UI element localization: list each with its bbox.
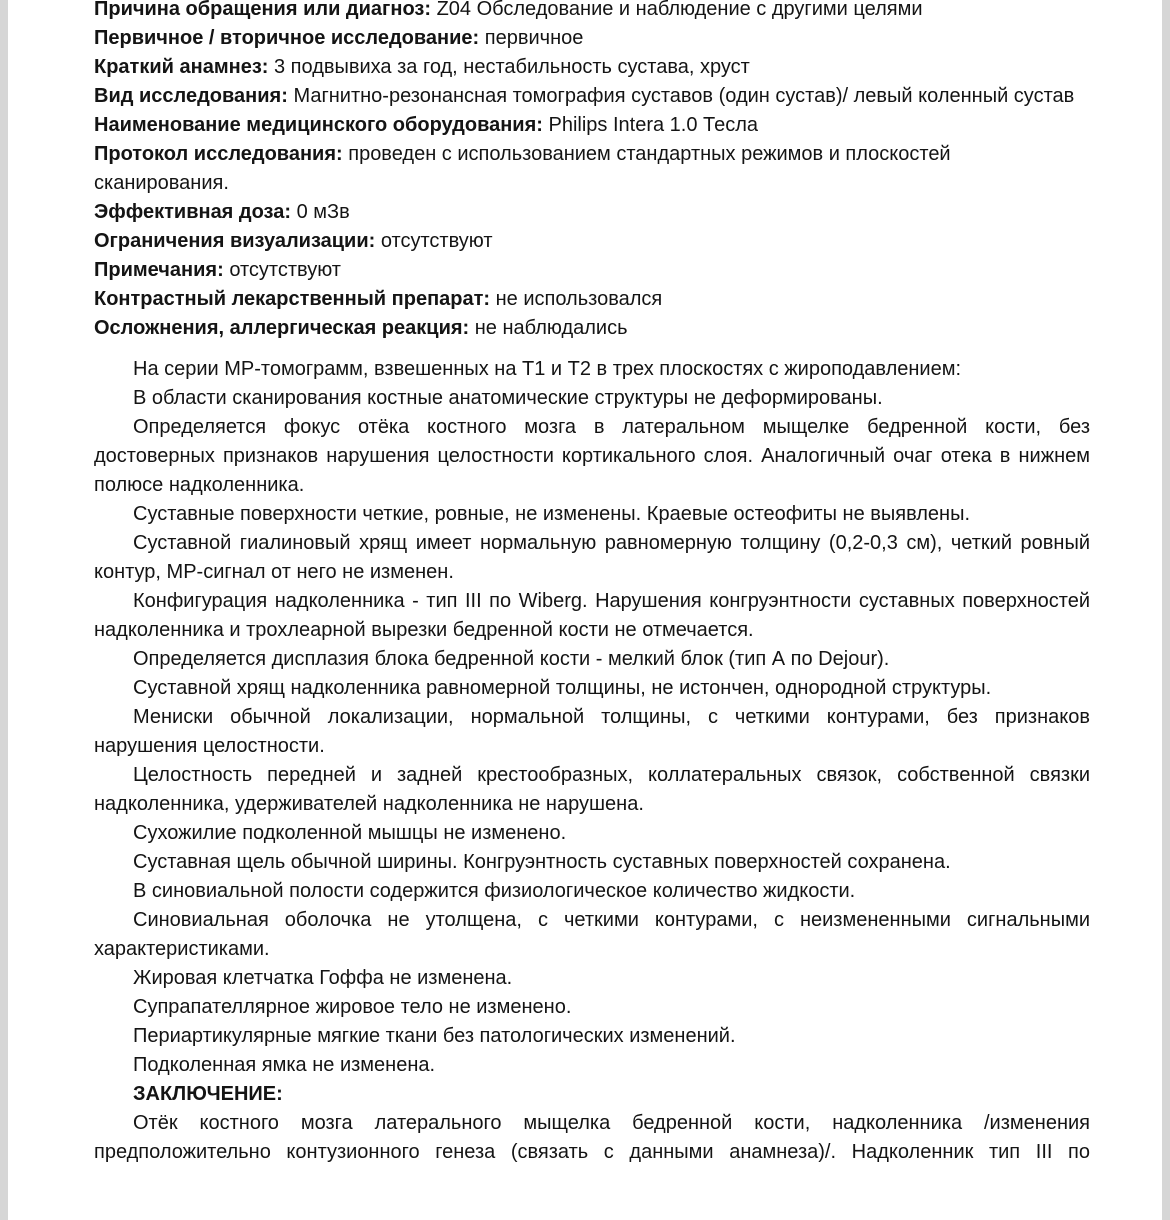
field-value: не наблюдались — [475, 317, 628, 339]
finding-paragraph: Суставная щель обычной ширины. Конгруэнт… — [94, 848, 1090, 877]
field-value: не использовался — [496, 288, 663, 310]
document-page: Причина обращения или диагноз: Z04 Обсле… — [94, 0, 1090, 1167]
finding-paragraph: Подколенная ямка не изменена. — [94, 1051, 1090, 1080]
finding-paragraph: В области сканирования костные анатомиче… — [94, 384, 1090, 413]
field-label: Примечания: — [94, 259, 224, 281]
field-label: Наименование медицинского оборудования: — [94, 114, 543, 136]
finding-paragraph: Определяется дисплазия блока бедренной к… — [94, 645, 1090, 674]
field-label: Вид исследования: — [94, 85, 288, 107]
field-equipment: Наименование медицинского оборудования: … — [94, 111, 1090, 140]
conclusion-heading: ЗАКЛЮЧЕНИЕ: — [94, 1080, 1090, 1109]
field-label: Первичное / вторичное исследование: — [94, 27, 479, 49]
field-label: Контрастный лекарственный препарат: — [94, 288, 490, 310]
field-value: первичное — [485, 27, 584, 49]
finding-paragraph: Суставной гиалиновый хрящ имеет нормальн… — [94, 529, 1090, 587]
field-value: отсутствуют — [229, 259, 341, 281]
field-value: 0 мЗв — [297, 201, 350, 223]
field-value: отсутствуют — [381, 230, 493, 252]
finding-paragraph: В синовиальной полости содержится физиол… — [94, 877, 1090, 906]
finding-paragraph: Сухожилие подколенной мышцы не изменено. — [94, 819, 1090, 848]
field-label: Эффективная доза: — [94, 201, 291, 223]
field-label: Ограничения визуализации: — [94, 230, 375, 252]
field-label: Причина обращения или диагноз: — [94, 0, 431, 20]
field-value: 3 подвывиха за год, нестабильность суста… — [274, 56, 750, 78]
field-contrast: Контрастный лекарственный препарат: не и… — [94, 285, 1090, 314]
field-study-type: Вид исследования: Магнитно-резонансная т… — [94, 82, 1090, 111]
field-label: Протокол исследования: — [94, 143, 343, 165]
finding-paragraph: Синовиальная оболочка не утолщена, с чет… — [94, 906, 1090, 964]
field-limitations: Ограничения визуализации: отсутствуют — [94, 227, 1090, 256]
field-label: Краткий анамнез: — [94, 56, 268, 78]
field-complications: Осложнения, аллергическая реакция: не на… — [94, 314, 1090, 343]
finding-paragraph: Жировая клетчатка Гоффа не изменена. — [94, 964, 1090, 993]
finding-paragraph: Суставные поверхности четкие, ровные, не… — [94, 500, 1090, 529]
conclusion-text: Отёк костного мозга латерального мыщелка… — [94, 1109, 1090, 1167]
finding-paragraph: Мениски обычной локализации, нормальной … — [94, 703, 1090, 761]
finding-paragraph: Целостность передней и задней крестообра… — [94, 761, 1090, 819]
field-diagnosis: Причина обращения или диагноз: Z04 Обсле… — [94, 0, 1090, 24]
viewer-scrollbar[interactable] — [1162, 0, 1170, 1220]
finding-paragraph: Конфигурация надколенника - тип III по W… — [94, 587, 1090, 645]
field-study-order: Первичное / вторичное исследование: перв… — [94, 24, 1090, 53]
field-value: Z04 Обследование и наблюдение с другими … — [437, 0, 923, 20]
findings: На серии МР-томограмм, взвешенных на Т1 … — [94, 355, 1090, 1080]
field-value: Магнитно-резонансная томография суставов… — [293, 85, 1074, 107]
field-notes: Примечания: отсутствуют — [94, 256, 1090, 285]
finding-paragraph: Определяется фокус отёка костного мозга … — [94, 413, 1090, 500]
finding-paragraph: Супрапателлярное жировое тело не изменен… — [94, 993, 1090, 1022]
finding-paragraph: Периартикулярные мягкие ткани без патоло… — [94, 1022, 1090, 1051]
conclusion: ЗАКЛЮЧЕНИЕ: Отёк костного мозга латераль… — [94, 1080, 1090, 1167]
finding-paragraph: Суставной хрящ надколенника равномерной … — [94, 674, 1090, 703]
field-protocol: Протокол исследования: проведен с исполь… — [94, 140, 1090, 198]
viewer-left-border — [0, 0, 8, 1220]
field-dose: Эффективная доза: 0 мЗв — [94, 198, 1090, 227]
field-label: Осложнения, аллергическая реакция: — [94, 317, 469, 339]
field-value: Philips Intera 1.0 Тесла — [549, 114, 759, 136]
header-fields: Причина обращения или диагноз: Z04 Обсле… — [94, 0, 1090, 343]
finding-paragraph: На серии МР-томограмм, взвешенных на Т1 … — [94, 355, 1090, 384]
field-anamnesis: Краткий анамнез: 3 подвывиха за год, нес… — [94, 53, 1090, 82]
